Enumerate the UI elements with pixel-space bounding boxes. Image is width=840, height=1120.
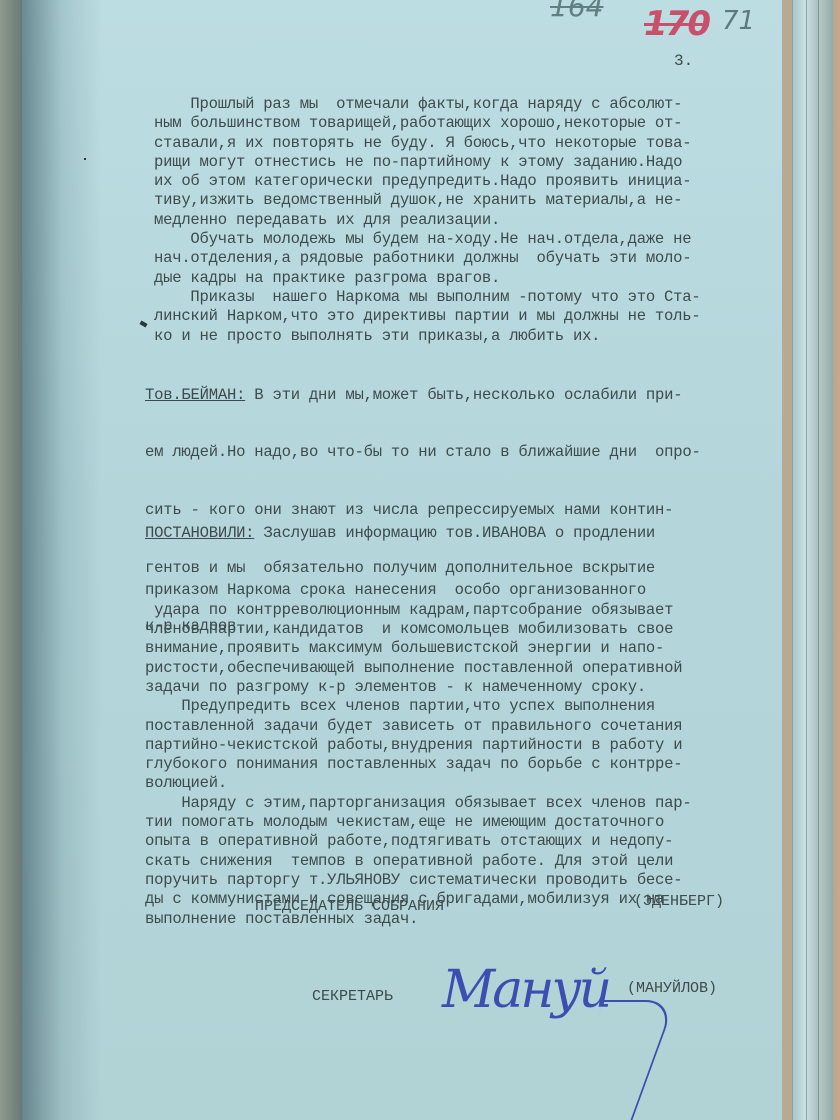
text-line: ристости,обеспечивающей выполнение поста…: [145, 659, 840, 678]
text-line: Обучать молодежь мы будем на-ходу.Не нач…: [154, 230, 840, 249]
text-line: членов партии,кандидатов и комсомольцев …: [145, 620, 840, 639]
text-line: Прошлый раз мы отмечали факты,когда наря…: [154, 95, 840, 114]
text-line: рищи могут отнестись не по-партийному к …: [154, 153, 840, 172]
text-line: скать снижения темпов в оперативной рабо…: [145, 852, 840, 871]
ink-speck: [139, 321, 147, 328]
chair-name: (ЭДЕНБЕРГ): [634, 893, 724, 910]
text-line: опыта в оперативной работе,подтягивать о…: [145, 832, 840, 851]
text-line: ды с коммунистами и совещания с бригадам…: [145, 890, 840, 909]
secretary-signature: Мануй: [442, 960, 609, 1020]
ink-speck: [84, 158, 86, 160]
text-line: приказом Наркома срока нанесения особо о…: [145, 581, 840, 600]
resolution: ПОСТАНОВИЛИ: Заслушав информацию тов.ИВА…: [145, 485, 840, 929]
text-line: ем людей.Но надо,во что-бы то ни стало в…: [145, 443, 840, 462]
text-line: партийно-чекистской работы,внудрения пар…: [145, 736, 840, 755]
folio-red-number: 170: [644, 4, 709, 44]
text-line: поставленной задачи будет зависеть от пр…: [145, 717, 840, 736]
folio-new-number: 71: [722, 6, 755, 36]
paragraph-previous-remarks: Прошлый раз мы отмечали факты,когда наря…: [154, 95, 840, 346]
text-line: Заслушав информацию тов.ИВАНОВА о продле…: [254, 524, 655, 542]
folio-old-number: 164: [550, 0, 603, 23]
text-line: Приказы нашего Наркома мы выполним -пото…: [154, 288, 840, 307]
resolution-heading: ПОСТАНОВИЛИ:: [145, 524, 254, 542]
text-line: тиву,изжить ведомственный душок,не храни…: [154, 191, 840, 210]
text-line: Наряду с этим,парторганизация обязывает …: [145, 794, 840, 813]
text-line: задачи по разгрому к-р элементов - к нам…: [145, 678, 840, 697]
page-number: 3.: [674, 52, 693, 70]
text-line: внимание,проявить максимум большевистско…: [145, 639, 840, 658]
text-line: нач.отделения,а рядовые работники должны…: [154, 249, 840, 268]
text-line: ным большинством товарищей,работающих хо…: [154, 114, 840, 133]
text-line: ко и не просто выполнять эти приказы,а л…: [154, 327, 840, 346]
text-line: волюцией.: [145, 774, 840, 793]
text-line: ставали,я их повторять не буду. Я боюсь,…: [154, 134, 840, 153]
text-line: медленно передавать их для реализации.: [154, 211, 840, 230]
text-line: поручить парторгу т.УЛЬЯНОВУ систематиче…: [145, 871, 840, 890]
text-line: линский Нарком,что это директивы партии …: [154, 307, 840, 326]
chair-title: ПРЕДСЕДАТЕЛЬ СОБРАНИЯ: [255, 898, 444, 915]
secretary-title: СЕКРЕТАРЬ: [312, 988, 393, 1005]
text-line: Предупредить всех членов партии,что успе…: [145, 697, 840, 716]
text-line: удара по контрреволюционным кадрам,партс…: [145, 601, 840, 620]
secretary-name: (МАНУЙЛОВ): [627, 980, 717, 997]
text-line: глубокого понимания поставленных задач п…: [145, 755, 840, 774]
document-page: 164 170 71 3. Прошлый раз мы отмечали фа…: [22, 0, 782, 1120]
text-line: их об этом категорически предупредить.На…: [154, 172, 840, 191]
text-line: тии помогать молодым чекистам,еще не име…: [145, 813, 840, 832]
text-line: В эти дни мы,может быть,несколько ослаби…: [245, 386, 682, 404]
text-line: выполнение поставленных задач.: [145, 910, 840, 929]
text-line: дые кадры на практике разгрома врагов.: [154, 269, 840, 288]
speaker-label: Тов.БЕЙМАН:: [145, 386, 245, 404]
